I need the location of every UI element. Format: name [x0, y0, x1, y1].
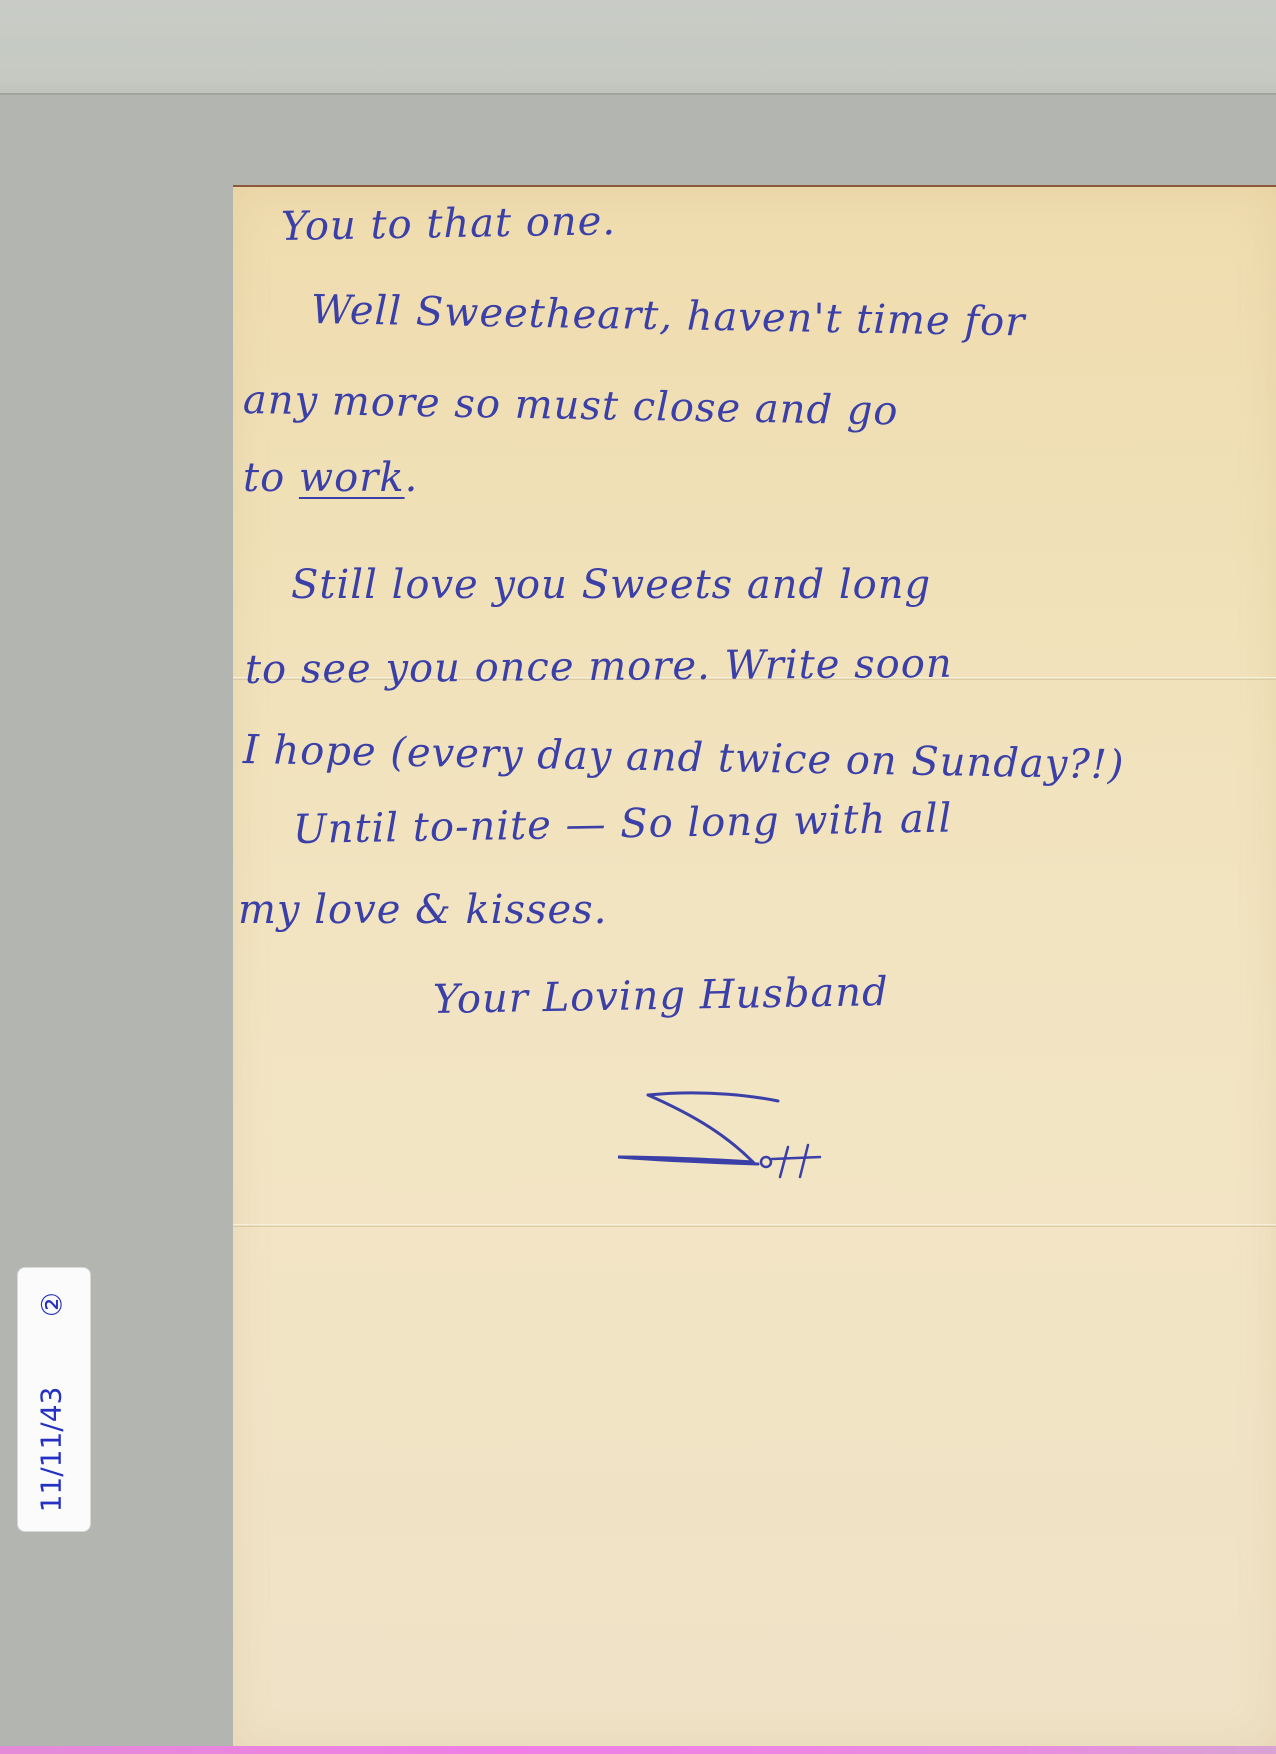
letter-line: Well Sweetheart, haven't time for	[311, 287, 1026, 345]
letter-line: my love & kisses.	[238, 887, 607, 933]
letter-date: 11/11/43	[35, 1385, 68, 1515]
letter-body: You to that one. Well Sweetheart, haven'…	[233, 187, 1276, 1748]
underlined-word: work	[299, 455, 405, 501]
letter-page: You to that one. Well Sweetheart, haven'…	[233, 185, 1276, 1748]
letter-line: I hope (every day and twice on Sunday?!)	[243, 727, 1125, 788]
letter-closing: Your Loving Husband	[433, 969, 889, 1023]
letter-word: to	[243, 455, 299, 501]
letter-line: any more so must close and go	[243, 377, 899, 434]
signature: Scott	[608, 1077, 888, 1187]
letter-line: to work.	[243, 455, 418, 501]
scan-edge-artifact	[0, 1746, 1276, 1754]
archive-label-tab: ② 11/11/43	[18, 1268, 90, 1531]
letter-line: to see you once more. Write soon	[245, 641, 953, 693]
letter-line: You to that one.	[281, 198, 617, 250]
letter-line: Until to-nite — So long with all	[293, 795, 953, 853]
letter-punctuation: .	[405, 455, 419, 501]
page-number-marker: ②	[36, 1285, 69, 1325]
signature-scott-icon	[608, 1077, 888, 1187]
scanner-lid-background	[0, 0, 1276, 95]
letter-line: Still love you Sweets and long	[291, 562, 931, 608]
